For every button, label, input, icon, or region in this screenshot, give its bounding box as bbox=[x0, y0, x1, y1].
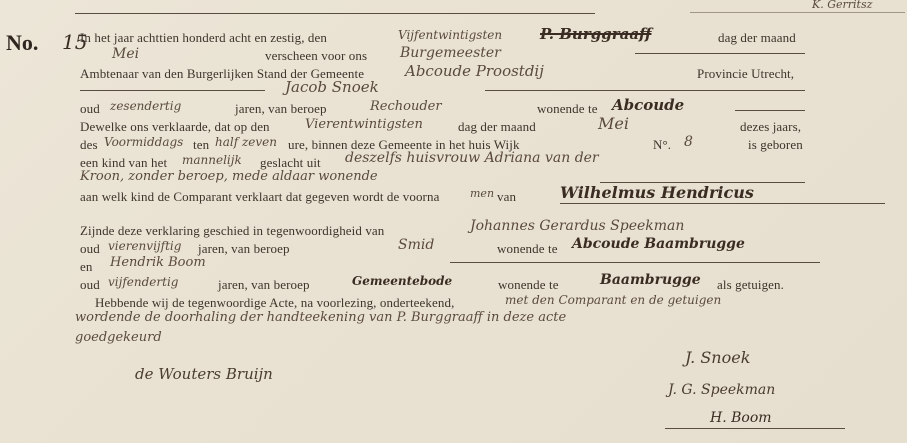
line4-rule-right bbox=[485, 90, 805, 91]
signature-underline bbox=[665, 428, 845, 429]
witness1-residence: Abcoude Baambrugge bbox=[572, 236, 745, 252]
witness2-age: vijfendertig bbox=[108, 275, 178, 289]
header-underline bbox=[690, 12, 905, 13]
line6-text-c: dezes jaars, bbox=[740, 119, 801, 135]
child-sex: mannelijk bbox=[182, 153, 242, 167]
line13-text: en bbox=[80, 259, 92, 275]
house-number-label: N°. bbox=[653, 137, 671, 153]
declarant-age: zesendertig bbox=[110, 99, 181, 113]
line13-rule bbox=[450, 262, 820, 263]
correction-note: wordende de doorhaling der handteekening… bbox=[75, 310, 566, 325]
line12-text: oud bbox=[80, 241, 100, 257]
line2-rule bbox=[635, 53, 805, 54]
line1-text: In het jaar achttien honderd acht en zes… bbox=[80, 30, 327, 46]
line10-rule bbox=[560, 203, 885, 204]
witness2-occupation: Gemeentebode bbox=[352, 274, 452, 288]
birth-time-part: Voormiddags bbox=[104, 135, 183, 149]
witness1-occupation: Smid bbox=[398, 237, 434, 253]
header-annotation: K. Gerritsz bbox=[812, 0, 872, 11]
line4-rule-left bbox=[80, 90, 265, 91]
line3-municipality: Abcoude Proostdij bbox=[405, 62, 544, 80]
line2-text: verscheen voor ons bbox=[265, 48, 367, 64]
voornamen-suffix: men bbox=[470, 187, 494, 200]
witness2-residence: Baambrugge bbox=[600, 272, 701, 288]
top-rule bbox=[75, 13, 595, 14]
declarant-name: Jacob Snoek bbox=[285, 78, 379, 96]
line7-text: des bbox=[80, 137, 98, 153]
line7-text-b: ten bbox=[193, 137, 209, 153]
witness1-signature: J. G. Speekman bbox=[668, 382, 775, 398]
struck-name: P. Burggraaff bbox=[540, 25, 651, 43]
mother-name: deszelfs huisvrouw Adriana van der bbox=[345, 150, 599, 166]
line5-text: oud bbox=[80, 101, 100, 117]
line10-text-b: van bbox=[497, 189, 516, 205]
declarant-signature: J. Snoek bbox=[685, 348, 750, 367]
declarant-residence: Abcoude bbox=[612, 96, 684, 114]
line12-text-b: jaren, van beroep bbox=[198, 241, 290, 257]
closing-note: met den Comparant en de getuigen bbox=[505, 293, 721, 307]
witness1-name: Johannes Gerardus Speekman bbox=[470, 218, 684, 234]
line6-text: Dewelke ons verklaarde, dat op den bbox=[80, 119, 270, 135]
line14-text-d: als getuigen. bbox=[717, 277, 784, 293]
line1-day: Vijfentwintigsten bbox=[398, 28, 502, 42]
birth-time: half zeven bbox=[215, 135, 277, 149]
line7-text-d: is geboren bbox=[748, 137, 803, 153]
house-number: 8 bbox=[684, 134, 693, 150]
line2-title: Burgemeester bbox=[400, 45, 501, 61]
approval-note: goedgekeurd bbox=[75, 330, 162, 345]
line14-text: oud bbox=[80, 277, 100, 293]
line14-text-c: wonende te bbox=[498, 277, 559, 293]
child-name: Wilhelmus Hendricus bbox=[560, 183, 754, 202]
birth-month: Mei bbox=[598, 114, 629, 133]
line11-text: Zijnde deze verklaring geschied in tegen… bbox=[80, 223, 384, 239]
line15-text: Hebbende wij de tegenwoordige Acte, na v… bbox=[95, 295, 454, 311]
mother-details: Kroon, zonder beroep, mede aldaar wonend… bbox=[80, 169, 378, 184]
line5-text-c: wonende te bbox=[537, 101, 598, 117]
birth-day: Vierentwintigsten bbox=[305, 117, 423, 132]
line6-text-b: dag der maand bbox=[458, 119, 536, 135]
witness2-signature: H. Boom bbox=[710, 410, 772, 426]
witness1-age: vierenvijftig bbox=[108, 239, 181, 253]
line1-text-b: dag der maand bbox=[718, 30, 796, 46]
line14-text-b: jaren, van beroep bbox=[218, 277, 310, 293]
line5-rule bbox=[735, 110, 805, 111]
line2-month: Mei bbox=[112, 46, 139, 62]
line3-text-b: Provincie Utrecht, bbox=[697, 66, 794, 82]
registrar-signature: de Wouters Bruijn bbox=[135, 365, 273, 383]
line10-text: aan welk kind de Comparant verklaart dat… bbox=[80, 189, 439, 205]
line5-text-b: jaren, van beroep bbox=[235, 101, 327, 117]
declarant-occupation: Rechouder bbox=[370, 99, 442, 114]
witness2-name: Hendrik Boom bbox=[110, 255, 206, 270]
record-number-label: No. bbox=[6, 30, 38, 56]
line12-text-c: wonende te bbox=[497, 241, 558, 257]
